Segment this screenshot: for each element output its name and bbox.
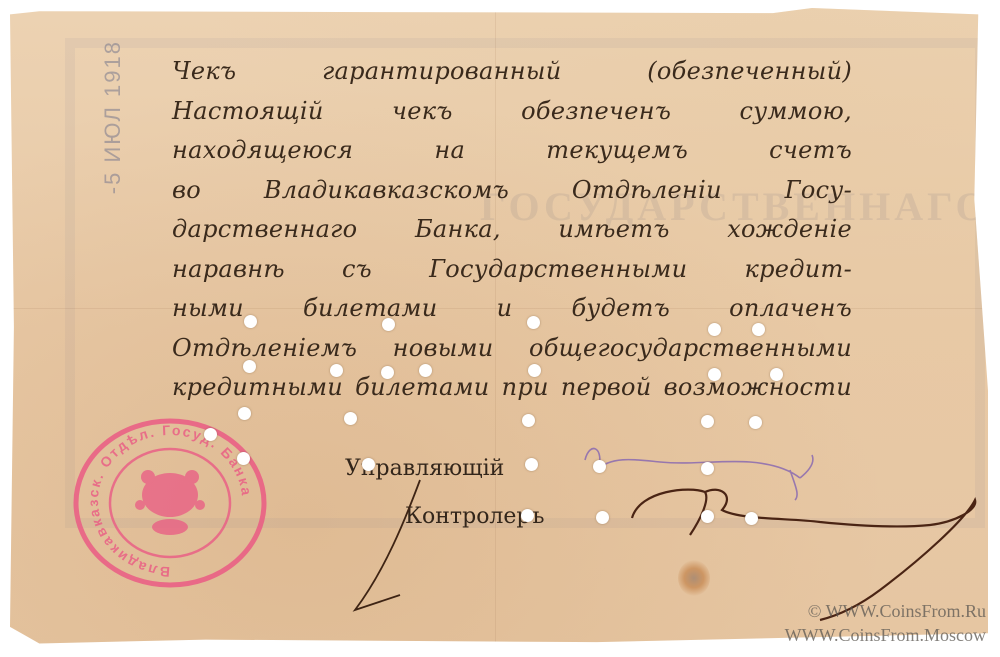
perforation-hole [243,360,256,373]
perforation-hole [525,458,538,471]
perforation-hole [419,364,432,377]
perforation-hole [521,509,534,522]
perforation-hole [701,415,714,428]
perforation-hole [382,318,395,331]
perforation-hole [238,407,251,420]
perforation-hole [522,414,535,427]
perforation-hole [527,316,540,329]
perforation-hole [745,512,758,525]
perforation-hole [752,323,765,336]
perforation-hole [749,416,762,429]
watermark-line-2: WWW.CoinsFrom.Moscow [785,623,986,647]
perforation-hole [528,364,541,377]
site-watermark: © WWW.CoinsFrom.Ru WWW.CoinsFrom.Moscow [785,599,986,647]
perforation-hole [708,368,721,381]
perforation-hole [362,458,375,471]
manager-signature [585,449,813,500]
watermark-line-1: © WWW.CoinsFrom.Ru [785,599,986,623]
perforation-hole [770,368,783,381]
perforation-hole [330,364,343,377]
perforation-hole [701,510,714,523]
perforation-hole [701,462,714,475]
perforation-hole [593,460,606,473]
ink-stain [678,560,710,596]
perforation-hole [237,452,250,465]
perforation-hole [708,323,721,336]
perforation-hole [596,511,609,524]
signatures-ink [0,0,1000,657]
perforation-hole [204,428,217,441]
perforation-hole [244,315,257,328]
perforation-hole [381,366,394,379]
perforation-hole [344,412,357,425]
